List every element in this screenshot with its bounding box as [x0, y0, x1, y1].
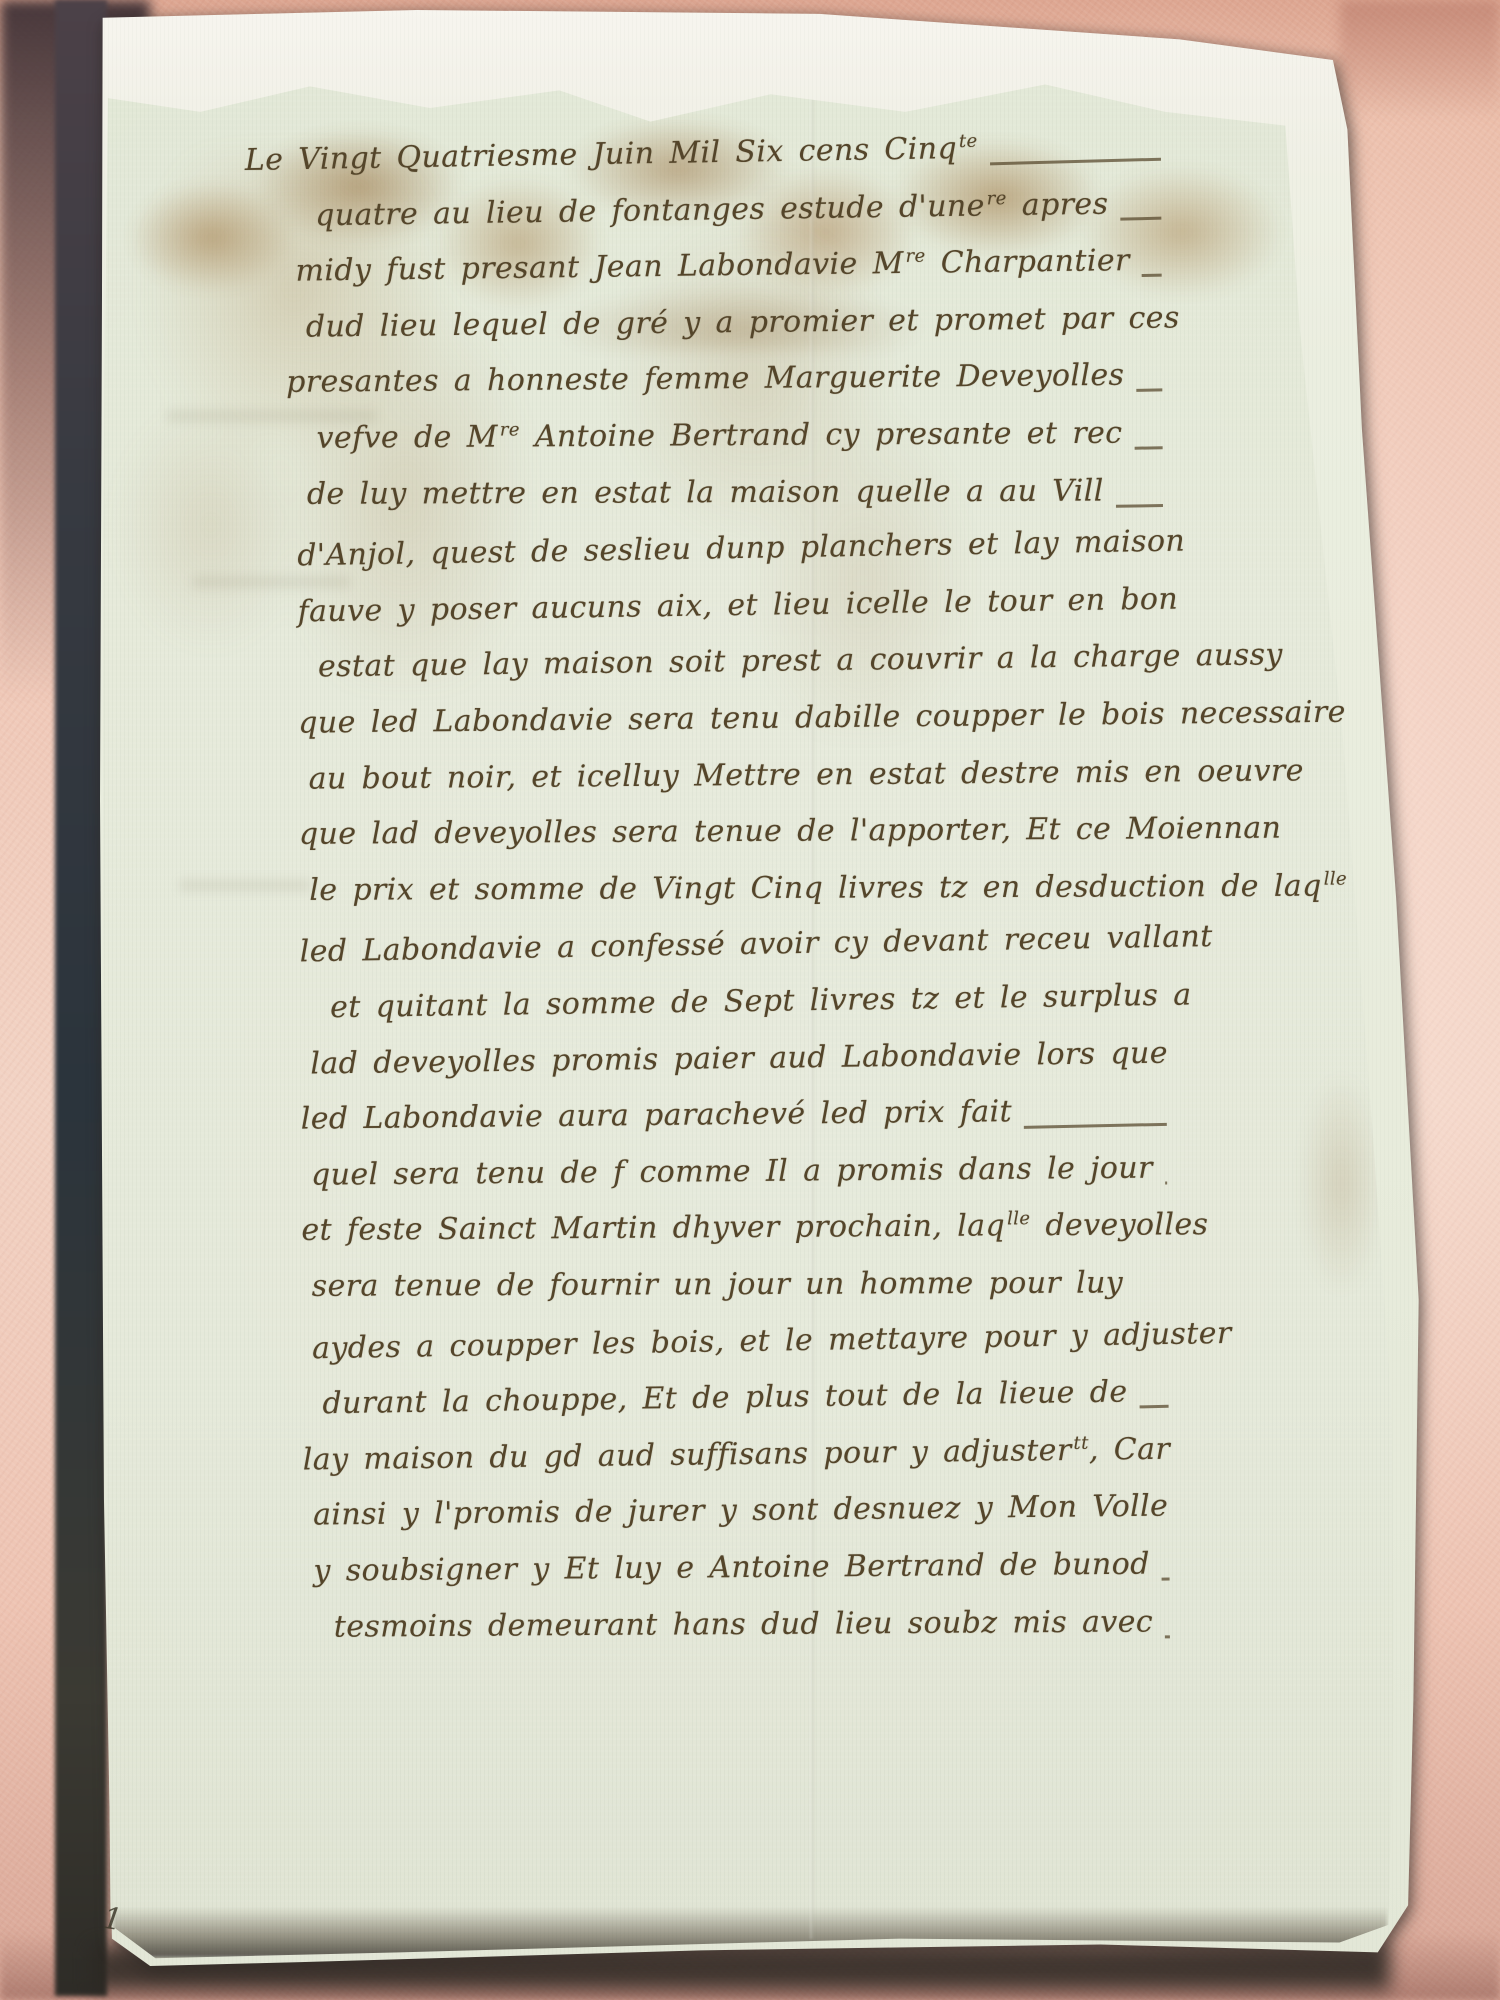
manuscript-line-text: durant la chouppe, Et de plus tout de la… — [322, 1368, 1128, 1430]
line-filler-dash — [1162, 1559, 1170, 1581]
manuscript-line: led Labondavie a confessé avoir cy devan… — [299, 913, 1170, 978]
manuscript-line-text: dud lieu lequel de gré y a promier et pr… — [306, 293, 1180, 352]
manuscript-line: led Labondavie aura parachevé led prix f… — [300, 1086, 1170, 1145]
manuscript-line: vefve de Mre Antoine Bertrand cy presant… — [316, 408, 1166, 463]
line-filler-dash — [1134, 428, 1162, 450]
manuscript-line-text: sera tenue de fournir un jour un homme p… — [312, 1258, 1124, 1311]
manuscript-line: aydes a coupper les bois, et le mettayre… — [312, 1309, 1173, 1373]
manuscript-line-text: fauve y poser aucuns aix, et lieu icelle… — [297, 574, 1178, 637]
manuscript-line: fauve y poser aucuns aix, et lieu icelle… — [297, 575, 1168, 638]
line-filler-dash — [1142, 255, 1162, 277]
manuscript-line-text: quel sera tenu de f comme Il a promis da… — [311, 1143, 1153, 1200]
manuscript-line-text: lad deveyolles promis paier aud Labondav… — [310, 1028, 1168, 1089]
manuscript-line-text: d'Anjol, quest de seslieu dunp planchers… — [297, 517, 1186, 582]
manuscript-line-text: y soubsigner y Et luy e Antoine Bertrand… — [313, 1540, 1150, 1597]
manuscript-line-text: au bout noir, et icelluy Mettre en estat… — [308, 746, 1304, 804]
line-filler-dash — [1136, 370, 1162, 392]
line-filler-dash — [1165, 1163, 1167, 1185]
manuscript-line-text: led Labondavie a confessé avoir cy devan… — [299, 912, 1213, 977]
manuscript-line: que lad deveyolles sera tenue de l'appor… — [299, 805, 1169, 860]
manuscript-line: de luy mettre en estat la maison quelle … — [307, 466, 1167, 520]
manuscript-line: quatre au lieu de fontanges estude d'une… — [315, 178, 1166, 240]
handwritten-text-layer: Le Vingt Quatriesme Juin Mil Six cens Ci… — [0, 0, 1500, 2000]
manuscript-line-text: et quitant la somme de Sept livres tz et… — [330, 971, 1192, 1034]
manuscript-line: estat que lay maison soit prest a couvri… — [318, 632, 1169, 693]
line-filler-dash — [1120, 198, 1161, 221]
manuscript-line-text: midy fust presant Jean Labondavie Mre Ch… — [295, 236, 1130, 296]
manuscript-line: le prix et somme de Vingt Cinq livres tz… — [309, 862, 1169, 916]
manuscript-line: et feste Sainct Martin dhyver prochain, … — [301, 1201, 1171, 1256]
manuscript-line-text: ainsi y l'promis de jurer y sont desnuez… — [313, 1482, 1169, 1541]
manuscript-line-text: estat que lay maison soit prest a couvri… — [318, 631, 1283, 693]
manuscript-line: tesmoins demeurant hans dud lieu soubz m… — [334, 1597, 1174, 1652]
photographed-manuscript-scene: Le Vingt Quatriesme Juin Mil Six cens Ci… — [0, 0, 1500, 2000]
manuscript-line: que led Labondavie sera tenu dabille cou… — [298, 690, 1168, 749]
manuscript-line: ainsi y l'promis de jurer y sont desnuez… — [313, 1482, 1173, 1541]
manuscript-line: presantes a honneste femme Marguerite De… — [286, 351, 1166, 408]
manuscript-line-text: que lad deveyolles sera tenue de l'appor… — [299, 804, 1282, 860]
manuscript-line: au bout noir, et icelluy Mettre en estat… — [308, 747, 1168, 804]
manuscript-line-text: et feste Sainct Martin dhyver prochain, … — [301, 1201, 1208, 1257]
manuscript-line: durant la chouppe, Et de plus tout de la… — [322, 1367, 1173, 1429]
manuscript-line-text: led Labondavie aura parachevé led prix f… — [300, 1087, 1012, 1144]
line-filler-dash — [1139, 1386, 1168, 1408]
manuscript-line-text: presantes a honneste femme Marguerite De… — [286, 351, 1125, 408]
manuscript-line: Le Vingt Quatriesme Juin Mil Six cens Ci… — [244, 121, 1165, 186]
line-filler-dash — [990, 139, 1161, 165]
manuscript-line: d'Anjol, quest de seslieu dunp planchers… — [297, 517, 1168, 582]
manuscript-line: lay maison du gd aud suffisans pour y ad… — [302, 1424, 1173, 1485]
manuscript-line-text: de luy mettre en estat la maison quelle … — [307, 466, 1104, 519]
manuscript-line: y soubsigner y Et luy e Antoine Bertrand… — [313, 1539, 1173, 1596]
manuscript-line: quel sera tenu de f comme Il a promis da… — [311, 1143, 1171, 1200]
line-filler-dash — [1165, 1616, 1170, 1638]
manuscript-line-text: quatre au lieu de fontanges estude d'une… — [315, 179, 1109, 241]
manuscript-line-text: tesmoins demeurant hans dud lieu soubz m… — [334, 1597, 1154, 1652]
manuscript-line: dud lieu lequel de gré y a promier et pr… — [306, 293, 1166, 352]
manuscript-line: et quitant la somme de Sept livres tz et… — [330, 971, 1171, 1033]
manuscript-line-text: vefve de Mre Antoine Bertrand cy presant… — [316, 409, 1122, 464]
manuscript-line-text: Le Vingt Quatriesme Juin Mil Six cens Ci… — [244, 124, 978, 186]
manuscript-line-text: que led Labondavie sera tenu dabille cou… — [298, 688, 1346, 749]
manuscript-line: sera tenue de fournir un jour un homme p… — [312, 1258, 1172, 1312]
manuscript-line: midy fust presant Jean Labondavie Mre Ch… — [295, 236, 1166, 297]
manuscript-line-text: lay maison du gd aud suffisans pour y ad… — [302, 1424, 1170, 1485]
manuscript-line: lad deveyolles promis paier aud Labondav… — [310, 1028, 1171, 1089]
line-filler-dash — [1024, 1104, 1167, 1129]
manuscript-line-text: aydes a coupper les bois, et le mettayre… — [312, 1308, 1232, 1373]
manuscript-line-text: le prix et somme de Vingt Cinq livres tz… — [309, 861, 1347, 915]
line-filler-dash — [1116, 485, 1163, 507]
